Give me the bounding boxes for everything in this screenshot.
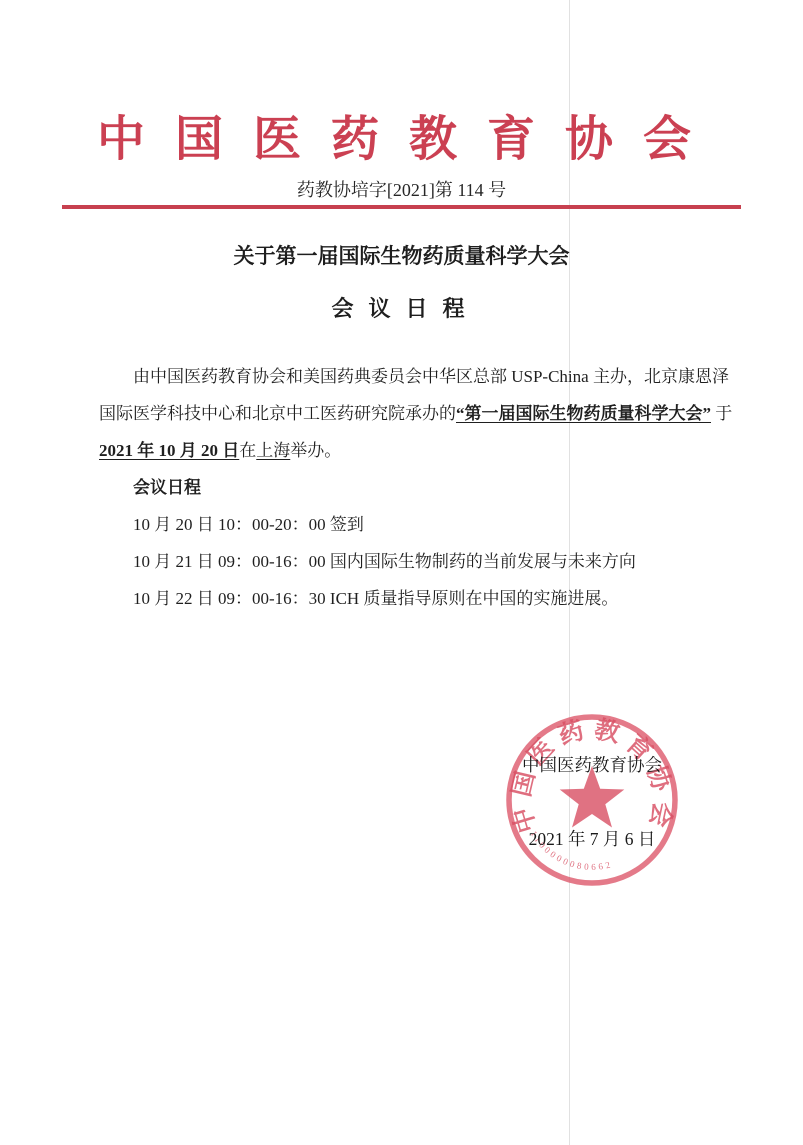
- official-seal: 中国医药教育协会 1100000080662: [497, 705, 687, 895]
- event-date-emphasis: 2021 年 10 月 20 日: [99, 441, 239, 460]
- paragraph-line-3-end: 举办。: [290, 441, 341, 460]
- letterhead-divider-rule: [62, 205, 741, 209]
- document-title: 关于第一届国际生物药质量科学大会: [0, 240, 803, 270]
- schedule-item-day3: 10 月 22 日 09：00-16：30 ICH 质量指导原则在中国的实施进展…: [99, 580, 754, 617]
- document-page: 中国医药教育协会 药教协培字[2021]第 114 号 关于第一届国际生物药质量…: [0, 0, 803, 1145]
- schedule-heading: 会议日程: [99, 469, 754, 506]
- schedule-item-day2: 10 月 21 日 09：00-16：00 国内国际生物制药的当前发展与未来方向: [99, 543, 754, 580]
- document-number: 药教协培字[2021]第 114 号: [0, 176, 803, 202]
- signature-date: 2021 年 7 月 6 日: [487, 826, 697, 851]
- paragraph-line-2-tail: 于: [711, 404, 732, 423]
- document-subtitle: 会议日程: [0, 292, 803, 323]
- signature-org-name: 中国医药教育协会: [487, 752, 697, 777]
- paragraph-line-3: 2021 年 10 月 20 日在上海举办。: [99, 432, 754, 469]
- paragraph-line-2-text: 国际医学科技中心和北京中工医药研究院承办的: [99, 404, 456, 423]
- paragraph-line-1: 由中国医药教育协会和美国药典委员会中华区总部 USP-China 主办，北京康恩…: [99, 358, 754, 395]
- document-body: 由中国医药教育协会和美国药典委员会中华区总部 USP-China 主办，北京康恩…: [99, 358, 754, 617]
- schedule-item-day1: 10 月 20 日 10：00-20：00 签到: [99, 506, 754, 543]
- paragraph-line-2: 国际医学科技中心和北京中工医药研究院承办的“第一届国际生物药质量科学大会” 于: [99, 395, 754, 432]
- letterhead-org-name: 中国医药教育协会: [0, 100, 803, 169]
- event-city-underline: 上海: [256, 441, 290, 460]
- conference-name-emphasis: “第一届国际生物药质量科学大会”: [456, 404, 711, 423]
- paragraph-line-3-mid: 在: [239, 441, 256, 460]
